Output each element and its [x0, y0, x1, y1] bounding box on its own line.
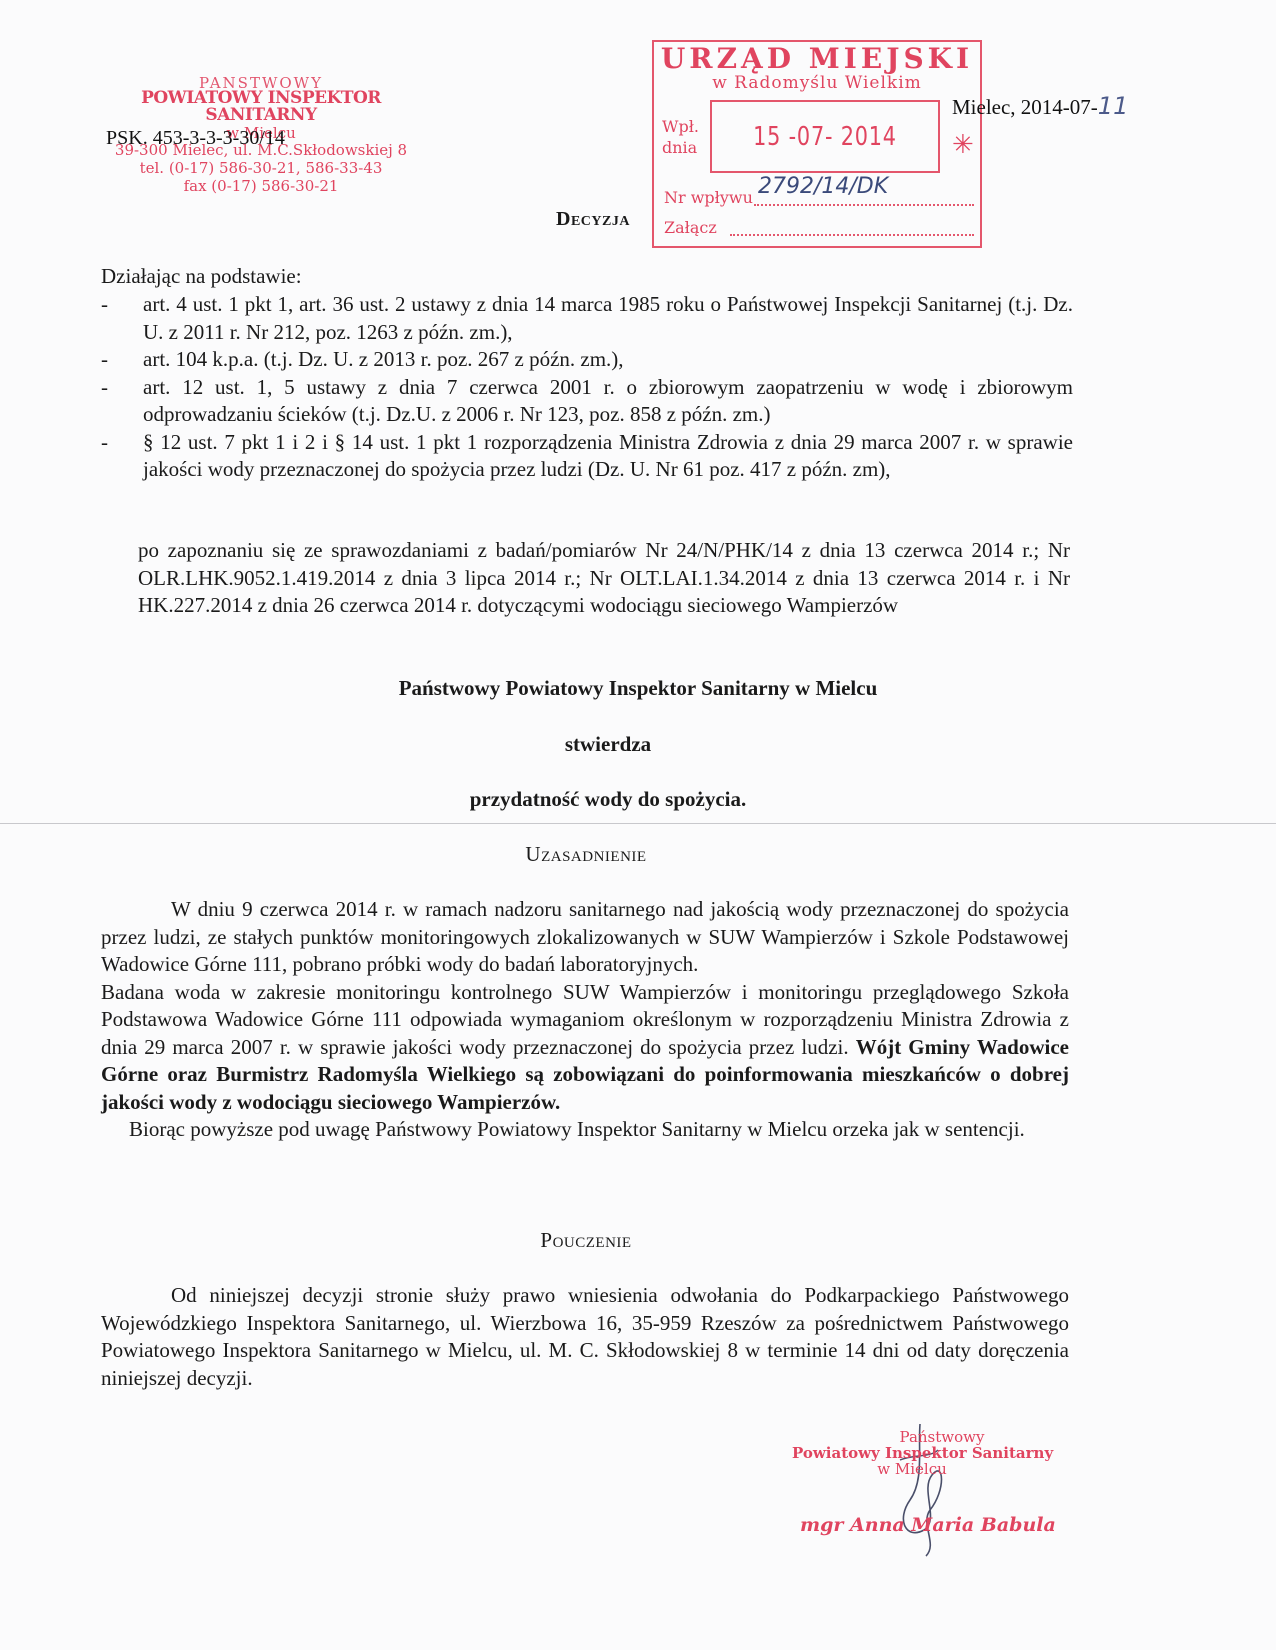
- legal-basis-item: art. 4 ust. 1 pkt 1, art. 36 ust. 2 usta…: [101, 291, 1073, 346]
- received-date: 15 -07- 2014: [735, 122, 916, 152]
- justification-paragraph: Biorąc powyższe pod uwagę Państwowy Powi…: [101, 1116, 1069, 1144]
- stamp-line: PAŃSTWOWY: [96, 76, 426, 88]
- justification-paragraph: W dniu 9 czerwca 2014 r. w ramach nadzor…: [101, 896, 1069, 979]
- dnia-label: dnia: [662, 138, 699, 159]
- asterisk-icon: ✳: [952, 130, 974, 160]
- handwritten-day: 11: [1098, 92, 1129, 120]
- incoming-number-label: Nr wpływu: [664, 188, 753, 207]
- legal-basis-intro: Działając na podstawie:: [101, 263, 302, 291]
- signature-stamp-line: w Mielcu: [772, 1462, 1052, 1478]
- dotted-line: [754, 204, 974, 206]
- received-date-box: 15 -07- 2014: [710, 100, 940, 173]
- case-number: PSK. 453-3-3-3-30/14: [106, 127, 285, 150]
- decision-verb: stwierdza: [0, 732, 1246, 757]
- justification-heading: Uzasadnienie: [0, 842, 1224, 867]
- stamp-line: POWIATOWY INSPEKTOR SANITARNY: [96, 90, 426, 124]
- paper-fold-line: [0, 823, 1276, 824]
- stamp-phone: tel. (0-17) 586-30-21, 586-33-43: [96, 161, 426, 176]
- signatory-name: mgr Anna Maria Babula: [800, 1514, 1056, 1536]
- receipt-stamp-subtitle: w Radomyślu Wielkim: [654, 73, 980, 93]
- incoming-number-handwritten: 2792/14/DK: [758, 174, 888, 199]
- document-title: Decyzja: [556, 208, 630, 231]
- legal-basis-item: § 12 ust. 7 pkt 1 i 2 i § 14 ust. 1 pkt …: [101, 429, 1073, 484]
- receipt-stamp: URZĄD MIEJSKI w Radomyślu Wielkim Wpł. d…: [652, 40, 982, 248]
- place-date: Mielec, 2014-07-11: [952, 92, 1128, 120]
- instruction-heading: Pouczenie: [0, 1228, 1224, 1253]
- decision-verdict: przydatność wody do spożycia.: [0, 787, 1246, 812]
- receipt-stamp-title: URZĄD MIEJSKI: [654, 42, 980, 75]
- legal-basis-item: art. 12 ust. 1, 5 ustawy z dnia 7 czerwc…: [101, 374, 1073, 429]
- justification-section: W dniu 9 czerwca 2014 r. w ramach nadzor…: [101, 896, 1069, 1144]
- place-date-text: Mielec, 2014-07-: [952, 95, 1098, 119]
- reports-paragraph: po zapoznaniu się ze sprawozdaniami z ba…: [138, 537, 1070, 620]
- appeal-instruction: Od niniejszej decyzji stronie służy praw…: [101, 1282, 1069, 1392]
- wpl-label: Wpł.: [662, 117, 699, 138]
- attachments-label: Załącz: [664, 218, 717, 237]
- dotted-line: [730, 234, 974, 236]
- justification-paragraph: Badana woda w zakresie monitoringu kontr…: [101, 979, 1069, 1117]
- signature-stamp: Państwowy Powiatowy Inspektor Sanitarny …: [792, 1430, 1052, 1477]
- legal-basis-list: art. 4 ust. 1 pkt 1, art. 36 ust. 2 usta…: [101, 291, 1073, 484]
- legal-basis-item: art. 104 k.p.a. (t.j. Dz. U. z 2013 r. p…: [101, 346, 1073, 374]
- received-label: Wpł. dnia: [662, 117, 699, 159]
- stamp-fax: fax (0-17) 586-30-21: [96, 179, 426, 194]
- issuing-authority: Państwowy Powiatowy Inspektor Sanitarny …: [0, 676, 1276, 701]
